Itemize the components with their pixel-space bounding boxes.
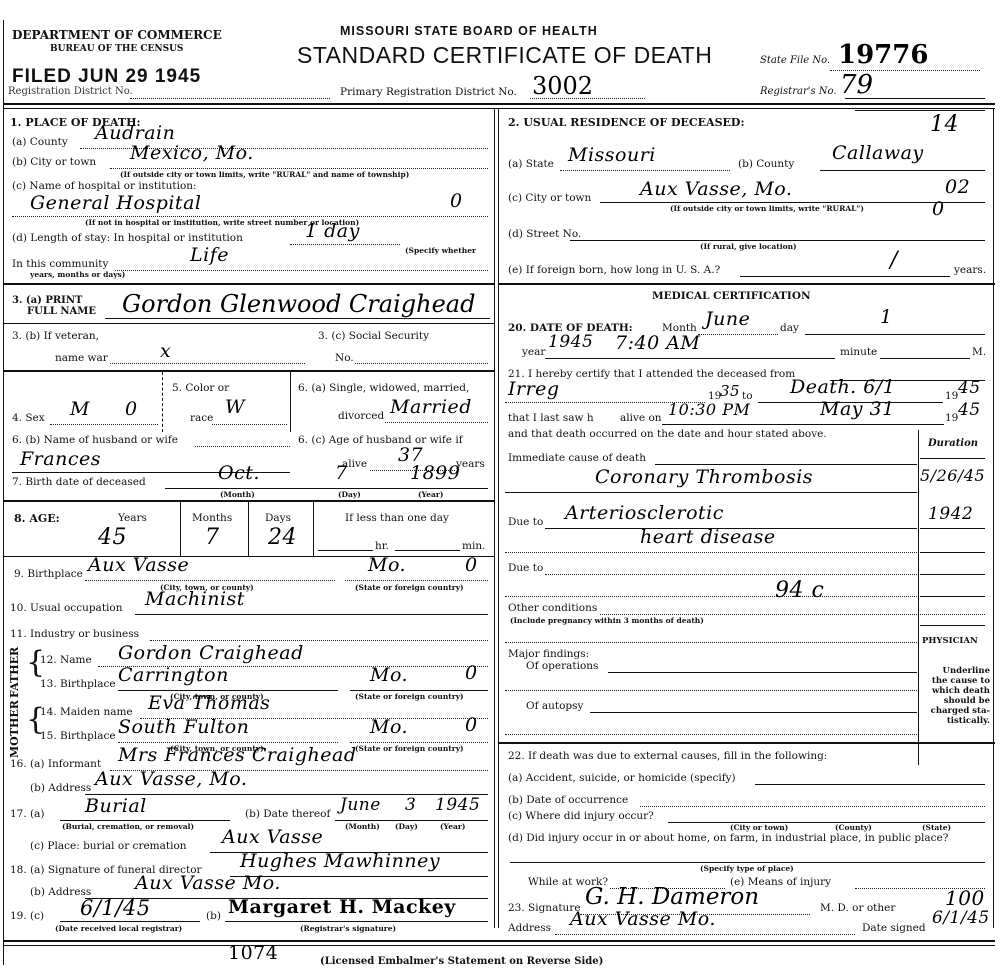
burial-caption: (Burial, cremation, or removal)	[62, 822, 194, 831]
primary-registration-value[interactable]: 3002	[532, 72, 593, 100]
injury-state-caption: (State)	[922, 823, 951, 832]
funeral-address-value[interactable]: Aux Vasse Mo.	[135, 872, 281, 894]
occupation-label: 10. Usual occupation	[10, 602, 122, 614]
state-file-value[interactable]: 19776	[838, 40, 928, 70]
due-to-duration[interactable]: 1942	[928, 504, 973, 524]
residence-code-top: 14	[930, 112, 959, 137]
registrars-no-value[interactable]: 79	[840, 70, 873, 100]
attended-to-year[interactable]: 45	[958, 378, 981, 398]
due-to-value-2[interactable]: heart disease	[640, 526, 776, 548]
father-name-label: 12. Name	[40, 654, 92, 666]
birth-day-value[interactable]: 7	[335, 462, 348, 484]
death-month-value[interactable]: June	[705, 308, 750, 330]
residence-city-code: 02	[945, 176, 970, 198]
burial-month-caption: (Month)	[345, 822, 380, 831]
due-to-value-3[interactable]	[545, 574, 917, 575]
father-code: 0	[465, 662, 478, 684]
father-state-caption: (State or foreign country)	[355, 692, 464, 701]
injury-where-label: (c) Where did injury occur?	[508, 810, 654, 822]
due-to-label-2: Due to	[508, 562, 543, 574]
pod-city-note: (If outside city or town limits, write "…	[120, 170, 409, 179]
birth-date-label: 7. Birth date of deceased	[12, 476, 146, 488]
birthplace-state-value[interactable]: Mo.	[368, 554, 406, 576]
birth-day-caption: (Day)	[338, 490, 361, 499]
death-year-value[interactable]: 1945	[548, 332, 593, 352]
other-conditions-note: (Include pregnancy within 3 months of de…	[510, 616, 704, 625]
birthplace-city-value[interactable]: Aux Vasse	[88, 554, 189, 576]
date-signed-value[interactable]: 6/1/45	[932, 908, 990, 928]
death-day-label: day	[780, 322, 799, 334]
informant-address-label: (b) Address	[30, 782, 91, 794]
last-saw-year-prefix: 19	[945, 412, 958, 424]
residence-foreign-unit: years.	[954, 264, 986, 276]
age-years-value[interactable]: 45	[98, 525, 127, 550]
last-saw-date[interactable]: May 31	[820, 398, 895, 420]
sex-value[interactable]: M	[70, 398, 90, 420]
certificate-title: STANDARD CERTIFICATE OF DEATH	[297, 42, 712, 69]
residence-state-value[interactable]: Missouri	[568, 144, 656, 166]
birthplace-state-code: 0	[465, 554, 478, 576]
last-saw-label: that I last saw h	[508, 412, 594, 424]
physician-address-label: Address	[508, 922, 551, 934]
physician-address-value[interactable]: Aux Vasse Mo.	[570, 908, 716, 930]
occurred-label: and that death occurred on the date and …	[508, 428, 827, 440]
department-label: DEPARTMENT OF COMMERCE	[12, 28, 222, 42]
other-conditions-label: Other conditions	[508, 602, 597, 614]
residence-county-label: (b) County	[738, 158, 794, 170]
burial-date-day[interactable]: 3	[405, 795, 416, 815]
occurrence-date-label: (b) Date of occurrence	[508, 794, 628, 806]
pod-community-label: In this community	[12, 258, 108, 270]
death-day-value[interactable]: 1	[880, 306, 893, 328]
burial-date-label: (b) Date thereof	[245, 808, 330, 820]
due-to-label: Due to	[508, 516, 543, 528]
mother-code: 0	[465, 714, 478, 736]
race-label: race	[190, 412, 213, 424]
residence-foreign-label: (e) If foreign born, how long in U. S. A…	[508, 264, 720, 276]
autopsy-value[interactable]	[590, 712, 917, 713]
injury-place-caption: (Specify type of place)	[700, 864, 794, 873]
registrar-signature-value[interactable]: Margaret H. Mackey	[228, 896, 456, 918]
residence-county-value[interactable]: Callaway	[832, 142, 924, 164]
residence-city-note: (If outside city or town limits, write "…	[670, 204, 864, 213]
bureau-label: BUREAU OF THE CENSUS	[50, 44, 183, 54]
father-birthplace-state[interactable]: Mo.	[370, 664, 408, 686]
injury-place-value[interactable]	[510, 862, 985, 863]
occupation-value[interactable]: Machinist	[145, 588, 245, 610]
death-hour-value[interactable]: 7:40 AM	[615, 332, 700, 354]
physician-label: PHYSICIAN	[922, 636, 978, 646]
burial-place-label: (c) Place: burial or cremation	[30, 840, 187, 852]
burial-year-caption: (Year)	[440, 822, 465, 831]
pod-hospital-label: (c) Name of hospital or institution:	[12, 180, 197, 192]
birth-year-value[interactable]: 1899	[410, 462, 460, 484]
medical-certification-heading: MEDICAL CERTIFICATION	[652, 290, 811, 302]
attended-from-value[interactable]: Irreg	[508, 378, 560, 400]
underline-note: Underline the cause to which death shoul…	[922, 666, 990, 726]
page-left-edge	[3, 20, 4, 965]
accident-label: (a) Accident, suicide, or homicide (spec…	[508, 772, 736, 784]
operations-value[interactable]	[608, 672, 917, 673]
physician-signature-value[interactable]: G. H. Dameron	[585, 884, 759, 910]
veteran-label: 3. (b) If veteran,	[12, 330, 99, 342]
external-heading: 22. If death was due to external causes,…	[508, 750, 827, 762]
spouse-value[interactable]: Frances	[20, 448, 101, 470]
operations-label: Of operations	[526, 660, 598, 672]
registrar-date-value[interactable]: 6/1/45	[80, 896, 151, 920]
registrar-date-label: 19. (c)	[10, 910, 44, 922]
date-signed-label: Date signed	[862, 922, 926, 934]
bottom-number: 1074	[228, 942, 278, 964]
age-months-label: Months	[192, 512, 232, 524]
father-birthplace-city[interactable]: Carrington	[118, 664, 229, 686]
sex-label: 4. Sex	[12, 412, 45, 424]
registrar-signature-label: (b)	[206, 910, 221, 922]
race-value[interactable]: W	[225, 396, 245, 418]
residence-state-label: (a) State	[508, 158, 554, 170]
primary-registration-label: Primary Registration District No.	[340, 86, 517, 98]
residence-city-label: (c) City or town	[508, 192, 591, 204]
age-days-value[interactable]: 24	[268, 525, 297, 550]
residence-street-label: (d) Street No.	[508, 228, 581, 240]
death-minute-label: minute	[840, 346, 877, 358]
burial-date-month[interactable]: June	[340, 795, 381, 815]
registrars-no-label: Registrar's No.	[760, 86, 837, 97]
age-days-label: Days	[265, 512, 291, 524]
cause-code: 94 c	[775, 578, 824, 603]
filed-stamp: FILED JUN 29 1945	[12, 66, 201, 88]
mother-maiden-value[interactable]: Eva Thomas	[148, 692, 270, 714]
immediate-cause-label: Immediate cause of death	[508, 452, 646, 464]
age-less-label: If less than one day	[345, 512, 449, 524]
ssn-no-label: No.	[335, 352, 354, 364]
mother-birthplace-label: 15. Birthplace	[40, 730, 116, 742]
duration-label: Duration	[928, 438, 978, 449]
funeral-director-value[interactable]: Hughes Mawhinney	[240, 850, 440, 872]
pod-city-value[interactable]: Mexico, Mo.	[130, 142, 254, 164]
mother-birthplace-city[interactable]: South Fulton	[118, 716, 249, 738]
spouse-age-label: 6. (c) Age of husband or wife if	[298, 434, 463, 446]
sex-code: 0	[125, 398, 138, 420]
residence-city-value[interactable]: Aux Vasse, Mo.	[640, 178, 792, 200]
age-years-label: Years	[118, 512, 147, 524]
residence-city-code2: 0	[932, 198, 945, 220]
pod-county-value[interactable]: Audrain	[95, 122, 175, 144]
attended-to-value[interactable]: Death. 6/1	[790, 376, 895, 398]
last-saw-time[interactable]: 10:30 PM	[668, 400, 750, 419]
board-title: MISSOURI STATE BOARD OF HEALTH	[340, 24, 598, 38]
burial-date-year[interactable]: 1945	[435, 795, 480, 815]
full-name-value[interactable]: Gordon Glenwood Craighead	[122, 290, 475, 318]
mother-birthplace-state[interactable]: Mo.	[370, 716, 408, 738]
pod-city-label: (b) City or town	[12, 156, 96, 168]
ssn-value[interactable]	[355, 363, 488, 364]
attended-to-year-prefix: 19	[945, 390, 958, 402]
marital-value[interactable]: Married	[390, 396, 472, 418]
marital-label: 6. (a) Single, widowed, married,	[298, 382, 469, 394]
war-value[interactable]: x	[160, 340, 171, 362]
birth-month-value[interactable]: Oct.	[218, 462, 260, 484]
father-birthplace-label: 13. Birthplace	[40, 678, 116, 690]
due-to-value-1[interactable]: Arteriosclerotic	[565, 502, 724, 524]
registrar-date-caption: (Date received local registrar)	[55, 924, 182, 933]
birthplace-state-caption: (State or foreign country)	[355, 583, 464, 592]
spouse-label: 6. (b) Name of husband or wife	[12, 434, 178, 446]
birthplace-label: 9. Birthplace	[14, 568, 83, 580]
state-file-label: State File No.	[760, 55, 830, 66]
burial-day-caption: (Day)	[395, 822, 418, 831]
age-label: 8. AGE:	[14, 512, 60, 525]
pod-community-value[interactable]: Life	[190, 244, 229, 266]
occurrence-date-value[interactable]	[640, 806, 985, 807]
md-or-other-label: M. D. or other	[820, 902, 895, 914]
residence-heading: 2. USUAL RESIDENCE OF DECEASED:	[508, 116, 745, 129]
color-label: 5. Color or	[172, 382, 229, 394]
informant-label: 16. (a) Informant	[10, 758, 101, 770]
death-m-label: M.	[972, 346, 986, 358]
residence-foreign-value[interactable]: /	[890, 248, 898, 273]
last-saw-year[interactable]: 45	[958, 400, 981, 420]
registrar-signature-caption: (Registrar's signature)	[300, 924, 396, 933]
industry-value[interactable]	[150, 640, 488, 641]
war-label: name war	[55, 352, 108, 364]
last-saw-alive-label: alive on	[620, 412, 662, 424]
informant-address-value[interactable]: Aux Vasse, Mo.	[95, 768, 247, 790]
full-name-label-b: FULL NAME	[27, 306, 96, 317]
physician-code: 100	[945, 886, 985, 910]
burial-place-value[interactable]: Aux Vasse	[222, 826, 323, 848]
ssn-label: 3. (c) Social Security	[318, 330, 429, 342]
divorced-label: divorced	[338, 410, 384, 422]
father-name-value[interactable]: Gordon Craighead	[118, 642, 304, 664]
residence-street-value[interactable]	[570, 240, 985, 241]
pod-hospital-value[interactable]: General Hospital	[30, 192, 201, 214]
pod-community-note: years, months or days)	[30, 270, 125, 279]
birth-year-caption: (Year)	[418, 490, 443, 499]
pod-stay-label: (d) Length of stay: In hospital or insti…	[12, 232, 243, 244]
residence-street-note: (If rural, give location)	[700, 242, 797, 251]
immediate-cause-value[interactable]: Coronary Thrombosis	[595, 466, 813, 488]
mother-vertical-label: MOTHER	[8, 700, 21, 758]
autopsy-label: Of autopsy	[526, 700, 583, 712]
mother-state-caption: (State or foreign country)	[355, 744, 464, 753]
immediate-cause-duration[interactable]: 5/26/45	[920, 466, 985, 485]
informant-value[interactable]: Mrs Frances Craighead	[118, 744, 357, 766]
accident-value[interactable]	[755, 784, 985, 785]
embalmer-statement: (Licensed Embalmer's Statement on Revers…	[320, 956, 603, 967]
full-name-label-a: 3. (a) PRINT	[12, 295, 82, 306]
birth-month-caption: (Month)	[220, 490, 255, 499]
age-hr-label: hr.	[375, 540, 389, 552]
industry-label: 11. Industry or business	[10, 628, 139, 640]
pod-county-label: (a) County	[12, 136, 68, 148]
other-conditions-value[interactable]	[600, 614, 917, 615]
pod-stay-note: (Specify whether	[405, 246, 476, 255]
injury-city-caption: (City or town)	[730, 823, 788, 832]
age-min-label: min.	[462, 540, 485, 552]
pod-hospital-code: 0	[450, 190, 463, 212]
burial-label: 17. (a)	[10, 808, 45, 820]
pod-stay-value[interactable]: 1 day	[305, 220, 360, 242]
age-months-value[interactable]: 7	[205, 525, 220, 550]
death-year-label: year	[522, 346, 545, 358]
burial-value[interactable]: Burial	[85, 795, 147, 817]
registration-district-label: Registration District No.	[8, 86, 133, 97]
injury-home-label: (d) Did injury occur in or about home, o…	[508, 832, 948, 844]
injury-county-caption: (County)	[835, 823, 872, 832]
attended-from-year[interactable]: 35	[720, 382, 740, 400]
major-findings-label: Major findings:	[508, 648, 589, 660]
father-vertical-label: FATHER	[8, 647, 21, 698]
